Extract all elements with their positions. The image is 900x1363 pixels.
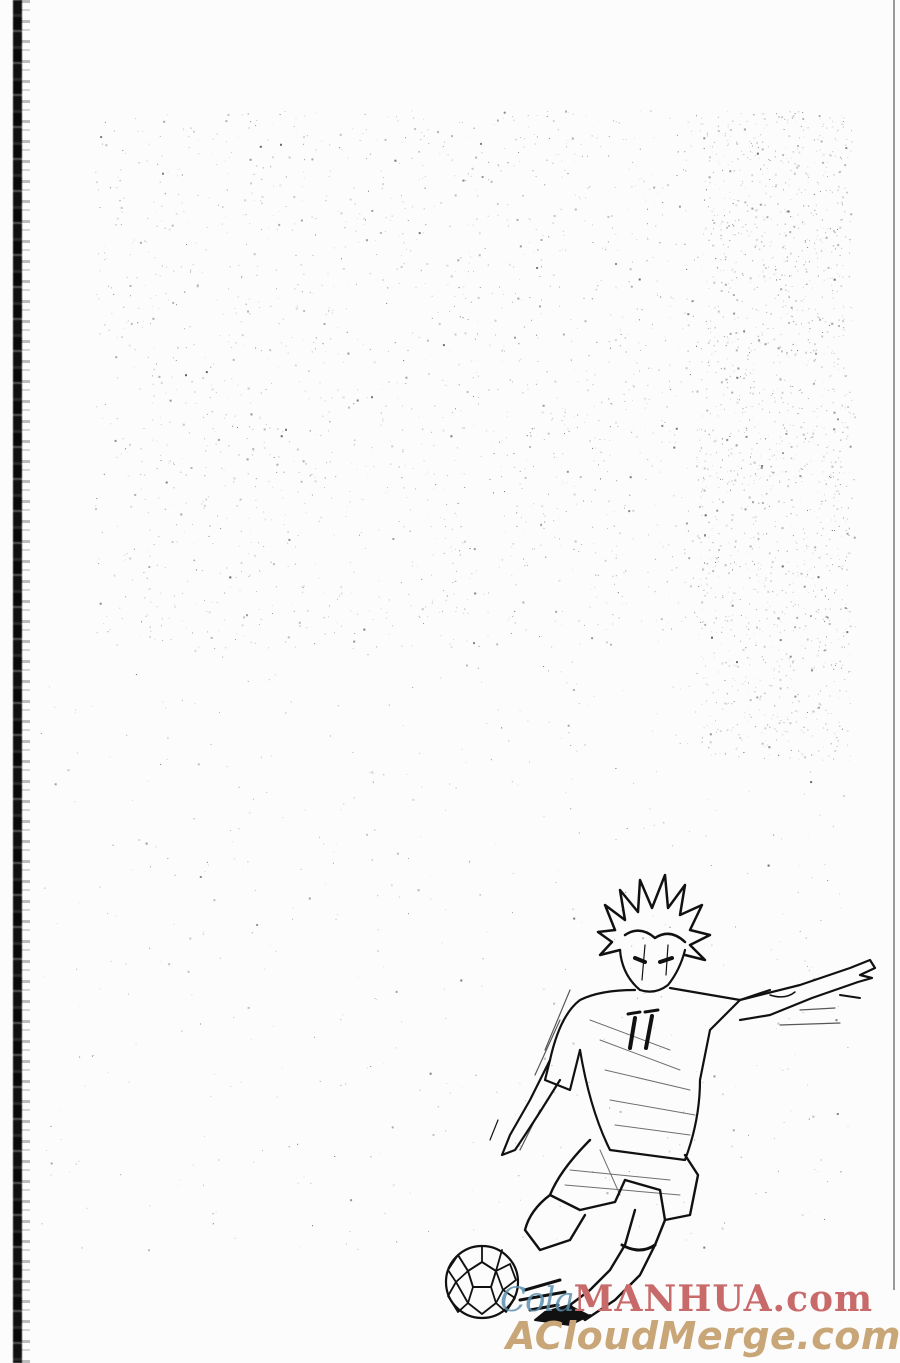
- player-jersey: [545, 988, 770, 1160]
- player-left-leg: [525, 1195, 585, 1250]
- page-right-border: [893, 0, 895, 1290]
- player-head: [620, 945, 685, 992]
- watermark-acloudmerge: ACloudMerge.com: [506, 1314, 900, 1358]
- player-right-arm: [740, 960, 875, 1020]
- soccer-player-illustration: [440, 850, 890, 1330]
- manga-page: Cola MANHUA.com ACloudMerge.com: [0, 0, 900, 1363]
- player-hair: [598, 875, 710, 960]
- page-left-border-fuzz: [20, 0, 30, 1363]
- jersey-number-11: [628, 1010, 658, 1048]
